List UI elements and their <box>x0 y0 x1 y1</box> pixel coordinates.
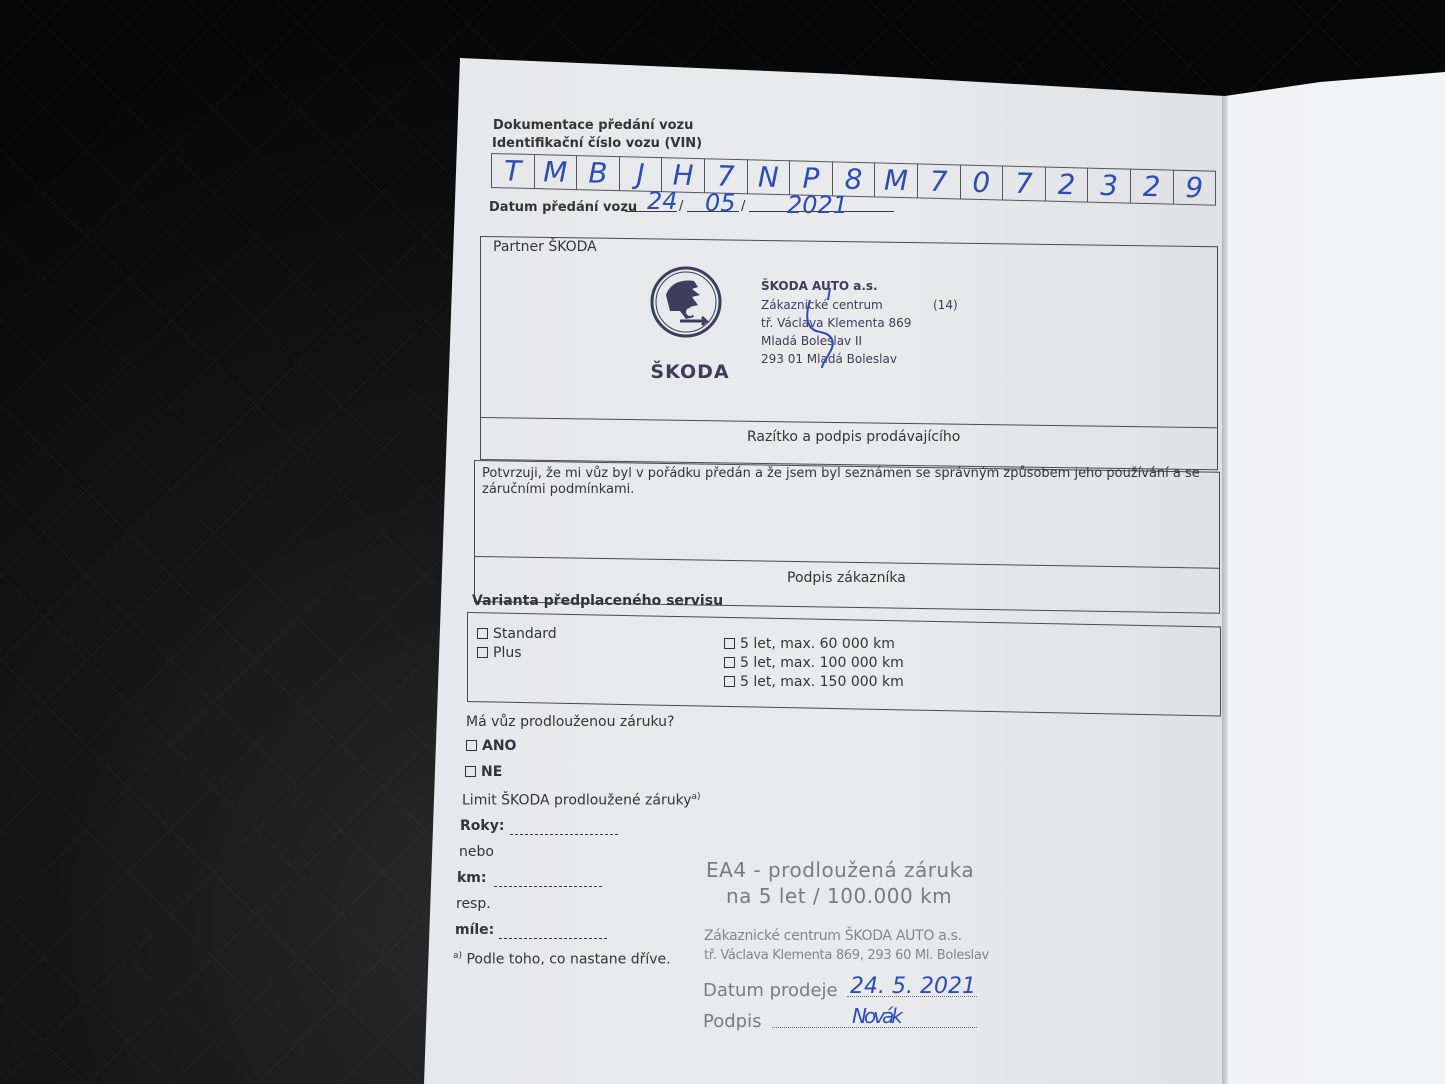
warranty-stamp-line2: na 5 let / 100.000 km <box>726 884 952 908</box>
service-variant-heading: Varianta předplaceného servisu <box>472 593 723 609</box>
skoda-logo: ŠKODA <box>640 265 740 383</box>
vin-character-cell[interactable]: M <box>874 162 917 198</box>
warranty-no-option[interactable]: NE <box>465 764 502 780</box>
vin-character-cell[interactable]: T <box>491 153 534 189</box>
checkbox-icon[interactable] <box>724 638 735 649</box>
seller-signature-label: Razítko a podpis prodávajícího <box>747 429 960 445</box>
variant-plus-option[interactable]: Plus <box>477 645 522 661</box>
handover-day: 24 <box>647 187 678 215</box>
checkbox-icon[interactable] <box>477 628 488 639</box>
vin-character-cell[interactable]: 2 <box>1130 169 1173 205</box>
footnote: a) Podle toho, co nastane dříve. <box>453 951 671 968</box>
resp-label: resp. <box>456 896 491 912</box>
handover-document: Dokumentace předání vozu Identifikační č… <box>0 0 1445 1084</box>
variant-standard-option[interactable]: Standard <box>477 626 557 642</box>
seller-signature-mark <box>800 280 850 370</box>
checkbox-icon[interactable] <box>724 657 735 668</box>
handover-year: 2021 <box>787 191 848 219</box>
skoda-logo-text: ŠKODA <box>640 361 740 383</box>
or-label: nebo <box>459 844 494 860</box>
checkbox-icon[interactable] <box>724 676 735 687</box>
document-title: Dokumentace předání vozu <box>493 118 693 133</box>
stamp-code: (14) <box>933 298 958 312</box>
warranty-stamp-address2: tř. Václava Klementa 869, 293 60 Ml. Bol… <box>704 948 989 963</box>
sale-date-value[interactable]: 24. 5. 2021 <box>850 974 976 999</box>
handover-date-label: Datum předání vozu <box>489 200 637 215</box>
vin-character-cell[interactable]: 2 <box>1045 167 1088 203</box>
vin-field[interactable]: TMBJH7NP8M7072329 <box>491 153 1216 231</box>
vin-character-cell[interactable]: 7 <box>1002 165 1045 201</box>
confirmation-text: Potvrzuji, že mi vůz byl v pořádku předá… <box>482 466 1217 498</box>
checkbox-icon[interactable] <box>477 647 488 658</box>
vin-character-cell[interactable]: 3 <box>1087 168 1130 204</box>
limit-150000-option[interactable]: 5 let, max. 150 000 km <box>724 674 904 690</box>
handover-date-field[interactable]: / / 24 05 2021 <box>625 197 895 217</box>
seller-signature: Novák <box>852 1004 900 1028</box>
warranty-yes-option[interactable]: ANO <box>466 738 516 754</box>
limit-60000-option[interactable]: 5 let, max. 60 000 km <box>724 636 895 652</box>
warranty-stamp-line1: EA4 - prodloužená záruka <box>706 858 974 882</box>
vin-label: Identifikační číslo vozu (VIN) <box>492 136 702 151</box>
customer-signature-label: Podpis zákazníka <box>787 570 906 586</box>
years-field[interactable] <box>510 820 618 835</box>
vin-character-cell[interactable]: 9 <box>1173 170 1217 206</box>
years-label: Roky: <box>460 818 504 834</box>
skoda-winged-arrow-icon <box>640 265 740 345</box>
km-field[interactable] <box>494 872 602 887</box>
vin-character-cell[interactable]: B <box>576 155 619 191</box>
limit-100000-option[interactable]: 5 let, max. 100 000 km <box>724 655 904 671</box>
checkbox-icon[interactable] <box>466 740 477 751</box>
vin-character-cell[interactable]: 0 <box>960 164 1003 200</box>
sale-date-label: Datum prodeje <box>703 980 838 1001</box>
miles-field[interactable] <box>499 924 607 939</box>
partner-label: Partner ŠKODA <box>493 239 597 255</box>
warranty-limit-label: Limit ŠKODA prodloužené zárukya) <box>462 792 701 809</box>
vin-character-cell[interactable]: M <box>534 154 577 190</box>
handover-month: 05 <box>705 189 736 217</box>
vin-character-cell[interactable]: N <box>747 159 790 195</box>
miles-label: míle: <box>455 922 494 938</box>
extended-warranty-question: Má vůz prodlouženou záruku? <box>466 714 674 730</box>
km-label: km: <box>457 870 487 886</box>
signature-label: Podpis <box>703 1011 761 1032</box>
checkbox-icon[interactable] <box>465 766 476 777</box>
vin-character-cell[interactable]: 7 <box>917 163 960 199</box>
warranty-stamp-address1: Zákaznické centrum ŠKODA AUTO a.s. <box>704 928 962 944</box>
